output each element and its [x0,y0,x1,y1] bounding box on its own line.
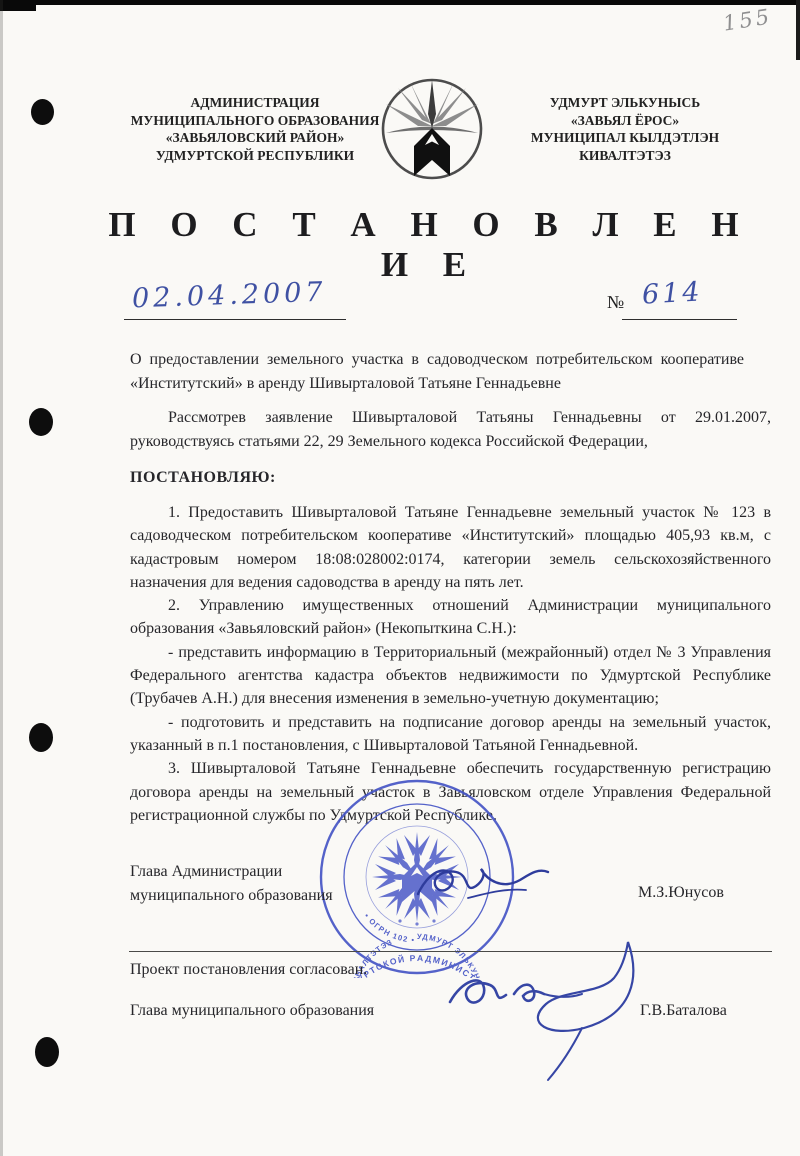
handwritten-number: 614 [641,276,703,310]
org-ru-line: «ЗАВЬЯЛОВСКИЙ РАЙОН» [112,129,398,147]
role-line: Глава Администрации [130,860,333,884]
signature-name-yunusov: М.З.Юнусов [638,884,724,902]
scan-edge-artifact [0,0,800,5]
hole-punch-mark [35,1037,59,1067]
resolution-item: 2. Управлению имущественных отношений Ад… [130,594,771,641]
handwritten-page-number: 155 [721,4,773,35]
header-org-udmurt: УДМУРТ ЭЛЬКУНЫСЬ «ЗАВЬЯЛ ЁРОС» МУНИЦИПАЛ… [498,94,752,164]
resolution-item: - представить информацию в Территориальн… [130,641,771,711]
resolve-word: ПОСТАНОВЛЯЮ: [130,469,276,487]
number-sign-label: № [607,292,624,313]
scan-edge-artifact [0,0,3,1156]
resolution-item: 1. Предоставить Шивырталовой Татьяне Ген… [130,501,771,594]
header-org-russian: АДМИНИСТРАЦИЯ МУНИЦИПАЛЬНОГО ОБРАЗОВАНИЯ… [112,94,398,164]
scan-edge-artifact [796,0,800,60]
handwritten-date: 02.04.2007 [132,277,328,315]
date-underline [124,319,346,320]
district-emblem-icon [376,74,488,184]
number-underline [622,319,737,320]
org-udm-line: КИВАЛТЭТЭЗ [498,147,752,165]
scanned-document-page: 155 АДМИНИСТРАЦИЯ МУНИЦИПАЛЬНОГО ОБРАЗОВ… [0,0,800,1156]
role-line: муниципального образования [130,884,333,908]
org-udm-line: «ЗАВЬЯЛ ЁРОС» [498,112,752,130]
hole-punch-mark [31,99,54,125]
agreement-note: Проект постановления согласован. [130,961,367,979]
hole-punch-mark [29,408,53,436]
document-title: П О С Т А Н О В Л Е Н И Е [80,205,780,285]
document-subject: О предоставлении земельного участка в са… [130,348,744,396]
org-ru-line: УДМУРТСКОЙ РЕСПУБЛИКИ [112,147,398,165]
org-ru-line: МУНИЦИПАЛЬНОГО ОБРАЗОВАНИЯ [112,112,398,130]
document-preamble: Рассмотрев заявление Шивырталовой Татьян… [130,406,771,454]
resolution-item: - подготовить и представить на подписани… [130,711,771,758]
scan-corner-artifact [0,0,36,11]
org-udm-line: УДМУРТ ЭЛЬКУНЫСЬ [498,94,752,112]
signature-role-head-municipality: Глава муниципального образования [130,1002,374,1020]
batalova-signature [432,932,672,1082]
org-ru-line: АДМИНИСТРАЦИЯ [112,94,398,112]
yunusov-signature [408,842,558,928]
signature-role-head-administration: Глава Администрации муниципального образ… [130,860,333,908]
org-udm-line: МУНИЦИПАЛ КЫЛДЭТЛЭН [498,129,752,147]
hole-punch-mark [29,723,53,752]
